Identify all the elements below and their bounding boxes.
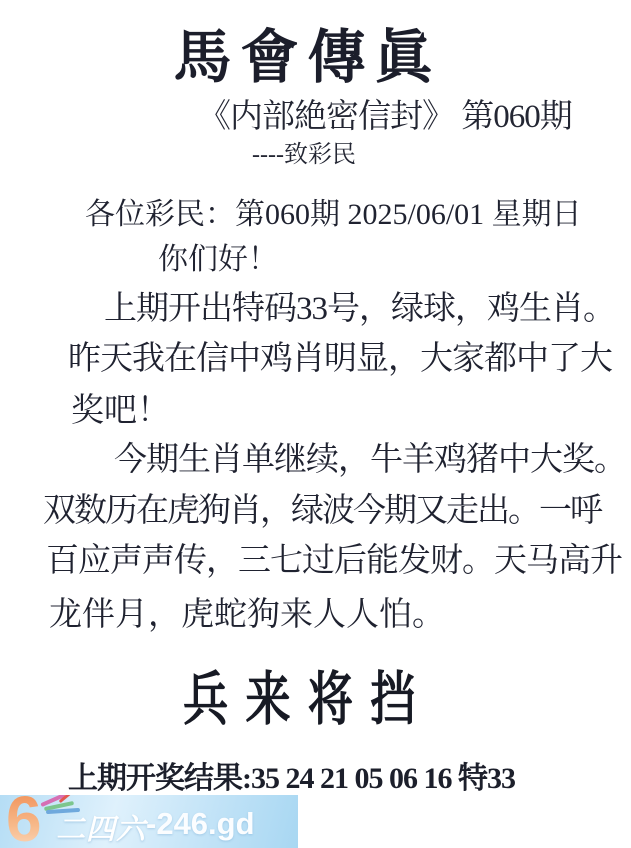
body-line-verse-2: 龙伴月，虎蛇狗来人人怕。: [49, 588, 445, 635]
body-line-prize: 奖吧！: [71, 384, 170, 431]
body-line-verse-1: 百应声声传，三七过后能发财。天马高升: [46, 534, 622, 581]
page-title: 馬會傳眞: [0, 10, 615, 94]
logo-digit-6: 6: [6, 795, 42, 848]
body-line-previous-result: 上期开出特码33号，绿球，鸡生肖。: [104, 282, 615, 329]
slogan-text: 兵来将挡: [183, 652, 433, 736]
issue-subtitle: 《内部絶密信封》 第060期: [198, 90, 572, 137]
body-line-zodiac-tip: 今期生肖单继续，牛羊鸡猪中大奖。: [114, 433, 626, 480]
body-line-yesterday-tip: 昨天我在信中鸡肖明显，大家都中了大: [68, 332, 612, 379]
last-draw-results: 上期开奖结果:35 24 21 05 06 16 特33: [68, 753, 515, 797]
site-logo-banner: 6 二四六 -246.gd: [0, 795, 298, 848]
logo-site-domain: -246.gd: [146, 806, 255, 842]
dedication-line: ----致彩民: [252, 134, 356, 169]
logo-site-name: 二四六: [56, 807, 146, 848]
fax-document-page: 馬會傳眞 《内部絶密信封》 第060期 ----致彩民 各位彩民：第060期 2…: [0, 0, 631, 848]
body-line-even-numbers-tip: 双数历在虎狗肖，绿波今期又走出。一呼: [43, 484, 601, 531]
hello-line: 你们好！: [158, 234, 278, 278]
greeting-line: 各位彩民：第060期 2025/06/01 星期日: [85, 189, 582, 233]
